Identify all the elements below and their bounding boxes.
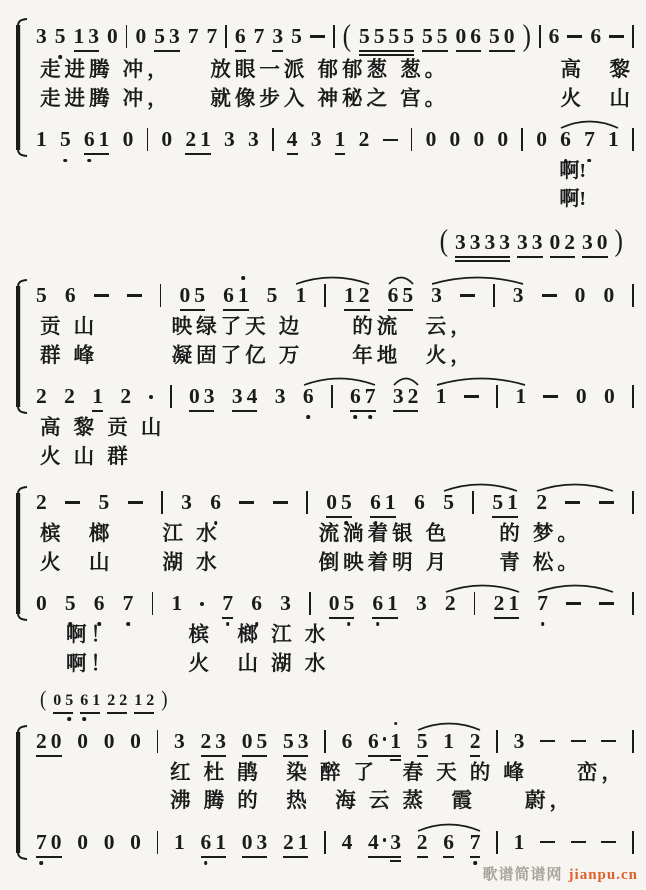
note-group: 6	[94, 591, 105, 616]
octave-dot-below	[368, 415, 372, 419]
underline	[180, 309, 206, 311]
barline	[309, 592, 311, 615]
note-group: 21	[494, 591, 520, 616]
note: 2	[359, 127, 370, 152]
note: 0	[426, 127, 437, 152]
note: 3	[390, 830, 401, 855]
note: 3	[174, 729, 185, 754]
note: 5	[403, 24, 414, 49]
note: 1	[295, 283, 306, 308]
lyric-text: 红 杜 鹃 染 醉 了 春 天 的 峰 峦，	[170, 761, 626, 787]
note-group: 61	[370, 490, 396, 515]
underline	[283, 856, 309, 858]
barline	[493, 284, 495, 307]
system: 5605615112653300贡 山 映绿了天 边 的流 云，群 峰 凝固了亿…	[10, 271, 636, 470]
note: 7	[254, 24, 265, 49]
note-group: 0	[107, 24, 118, 49]
note: 3	[181, 490, 192, 515]
barline	[632, 284, 634, 307]
exclaim-line: 啊!	[34, 159, 636, 184]
note: 6	[414, 490, 425, 515]
note-group: 0	[497, 127, 508, 152]
octave-dot-below	[541, 622, 545, 626]
lyric-text: 沸 腾 的 热 海 云 蒸 霞 蔚，	[170, 789, 574, 815]
underline	[422, 50, 448, 52]
underline	[242, 755, 268, 757]
lyric-line: 高 黎 贡 山	[40, 416, 634, 442]
duration-dash	[542, 294, 557, 296]
note-group: 7	[206, 24, 217, 49]
note: 1	[515, 384, 526, 409]
note: 3	[248, 127, 259, 152]
note-group: 6	[303, 384, 314, 409]
note: 5	[341, 490, 352, 515]
note: 3	[298, 729, 309, 754]
duration-dash	[601, 740, 616, 742]
octave-dot-below	[588, 159, 592, 163]
duration-dash	[127, 294, 142, 296]
lyric-text: 高 黎	[561, 58, 635, 84]
lyric-text: 火 山	[561, 87, 635, 113]
note: 5	[374, 24, 385, 49]
barline	[474, 592, 476, 615]
lyric-text: 高 黎 贡 山	[40, 416, 165, 442]
note: 3	[204, 384, 215, 409]
note-group: 30	[582, 230, 608, 255]
barline	[161, 491, 163, 514]
note: 0	[597, 230, 608, 255]
watermark-domain: jianpu.cn	[569, 867, 638, 883]
note-group: 0	[123, 127, 134, 152]
underline	[417, 755, 428, 757]
note: 3	[224, 127, 235, 152]
note-group: 1	[514, 830, 525, 855]
note: 4	[247, 384, 258, 409]
note: 5	[291, 24, 302, 49]
note: 1	[608, 127, 619, 152]
parenthesis: (	[440, 224, 448, 259]
note: 6	[470, 24, 481, 49]
note-group: 50	[489, 24, 515, 49]
barline	[272, 128, 274, 151]
note: 1	[74, 24, 85, 49]
octave-dot-below	[347, 622, 351, 626]
system-bracket	[12, 279, 32, 414]
octave-dot-above	[241, 276, 245, 280]
system: 35130053776735(5555550650)66走进腾 冲， 放眼一派 …	[10, 10, 636, 263]
note: 1	[171, 591, 182, 616]
barline	[496, 730, 498, 753]
slur-arc	[34, 270, 636, 286]
note-group: 5	[65, 591, 76, 616]
note-group: 0	[576, 384, 587, 409]
lyric-text: 贡 山 映绿了天 边 的流 云，	[40, 315, 475, 341]
octave-dot-below	[40, 861, 44, 865]
note-group: 61	[372, 591, 398, 616]
note: 1	[385, 490, 396, 515]
note: 0	[242, 830, 253, 855]
note: 4	[287, 127, 298, 152]
note: 0	[242, 729, 253, 754]
note-group: 1	[295, 283, 306, 308]
note-group: 6	[560, 127, 571, 152]
duration-dash	[383, 139, 398, 141]
note: 6	[235, 24, 246, 49]
barline	[152, 592, 154, 615]
parenthesis: )	[523, 19, 531, 54]
lyric-line: 啊！ 火 山 湖 水	[40, 652, 634, 678]
music-line: 05671763056132217	[34, 579, 636, 623]
barline	[521, 128, 523, 151]
system: 2536056165512槟 榔 江 水 流淌着银 色 的 梦。火 山 湖 水 …	[10, 478, 636, 677]
parenthesis: (	[343, 19, 351, 54]
underline	[36, 755, 62, 757]
underline	[36, 856, 62, 858]
octave-dot-below	[255, 622, 259, 626]
music-line: (3333330230)	[34, 215, 636, 263]
note: 1	[335, 127, 346, 152]
note: 3	[532, 230, 543, 255]
underline	[492, 516, 518, 518]
lyric-line: 槟 榔 江 水 流淌着银 色 的 梦。	[40, 522, 634, 548]
underline	[201, 755, 227, 757]
underline	[443, 856, 454, 858]
underline	[456, 50, 482, 52]
note-group: 02	[550, 230, 576, 255]
note-group: 51	[492, 490, 518, 515]
note: 1	[387, 591, 398, 616]
note: 3	[431, 283, 442, 308]
note: 6	[80, 692, 88, 710]
note: 0	[161, 127, 172, 152]
note-group: 32	[393, 384, 419, 409]
note-group: 6	[342, 729, 353, 754]
lyric-line: 走进腾 冲， 放眼一派 郁郁葱 葱。高 黎	[40, 58, 634, 84]
note: 1	[92, 692, 100, 710]
note: 3	[88, 24, 99, 49]
note: 3	[416, 591, 427, 616]
note-group: 1	[36, 127, 47, 152]
duration-dash	[566, 602, 581, 604]
note: 4	[342, 830, 353, 855]
note-group: 3	[431, 283, 442, 308]
note: 5	[65, 692, 73, 710]
note: 2	[146, 692, 154, 710]
underline	[74, 50, 100, 52]
underline	[359, 50, 414, 52]
note-group: 12	[134, 692, 154, 710]
underline	[393, 410, 419, 412]
note-group: 0	[130, 729, 141, 754]
underline	[344, 309, 370, 311]
note: 1	[344, 283, 355, 308]
octave-dot-below	[126, 622, 130, 626]
duration-dash	[128, 501, 143, 503]
note: 2	[494, 591, 505, 616]
music-line: 7000016103214432671	[34, 818, 636, 862]
underline	[489, 50, 515, 52]
lyric-text: 槟 榔 江 水 流淌着银 色 的 梦。	[40, 522, 582, 548]
note: 3	[169, 24, 180, 49]
barline	[126, 25, 128, 48]
note: 1	[390, 729, 401, 754]
lyric-line: 沸 腾 的 热 海 云 蒸 霞 蔚，	[40, 789, 634, 815]
note: 7	[537, 591, 548, 616]
note: 1	[238, 283, 249, 308]
note: 7	[365, 384, 376, 409]
note-group: 05	[329, 591, 355, 616]
barline	[160, 284, 162, 307]
underline	[272, 50, 283, 52]
note-group: 6	[235, 24, 246, 49]
underline	[470, 856, 481, 858]
augmentation-dot	[200, 602, 204, 606]
duration-dash	[540, 841, 555, 843]
parenthesis: )	[161, 687, 167, 713]
octave-dot-below	[354, 415, 358, 419]
underline	[417, 856, 428, 858]
note-group: 33	[517, 230, 543, 255]
note-group: 05	[53, 692, 73, 710]
duration-dash	[65, 501, 80, 503]
slur-arc	[34, 716, 636, 732]
note: 5	[154, 24, 165, 49]
note-group: 3	[248, 127, 259, 152]
octave-dot-below	[214, 521, 218, 525]
note: 5	[36, 283, 47, 308]
note: 3	[485, 230, 496, 255]
music-line: 35130053776735(5555550650)66	[34, 10, 636, 58]
lyric-line: 红 杜 鹃 染 醉 了 春 天 的 峰 峦，	[40, 761, 634, 787]
note-group: 22	[107, 692, 127, 710]
music-line: 5605615112653300	[34, 271, 636, 315]
note-group: 2	[359, 127, 370, 152]
barline	[632, 385, 634, 408]
lyric-text: 火 山 湖 水 倒映着明 月 青 松。	[40, 551, 582, 577]
note-group: 61	[368, 729, 401, 754]
note-group: 1	[443, 729, 454, 754]
note-group: 7	[222, 591, 233, 616]
note: 5	[402, 283, 413, 308]
note-group: 34	[232, 384, 258, 409]
note: 3	[470, 230, 481, 255]
note: 2	[36, 490, 47, 515]
note-group: 2	[417, 830, 428, 855]
note-group: 61	[223, 283, 249, 308]
note-group: 6	[549, 24, 560, 49]
note-group: 6	[65, 283, 76, 308]
note-group: 0	[104, 729, 115, 754]
note-group: 0	[130, 830, 141, 855]
note-group: 0	[36, 591, 47, 616]
underline	[92, 410, 103, 412]
note: 5	[267, 283, 278, 308]
note: 0	[550, 230, 561, 255]
note: 0	[77, 830, 88, 855]
note: 6	[342, 729, 353, 754]
note-group: 0	[77, 729, 88, 754]
note: 6	[368, 729, 379, 754]
note-group: 5	[443, 490, 454, 515]
underline	[368, 755, 401, 757]
note-group: 61	[201, 830, 227, 855]
duration-dash	[571, 841, 586, 843]
note: 3	[517, 230, 528, 255]
note: 3	[393, 384, 404, 409]
barline	[306, 491, 308, 514]
octave-dot-below	[226, 622, 230, 626]
note: 0	[576, 384, 587, 409]
underline	[222, 617, 233, 619]
dot	[383, 838, 387, 842]
lyric-line: 火 山 群	[40, 445, 634, 471]
lyric-text: 群 峰 凝固了亿 万 年地 火，	[40, 344, 475, 370]
note: 2	[120, 384, 131, 409]
underline	[455, 260, 510, 262]
note-group: 7	[537, 591, 548, 616]
note-group: 5	[267, 283, 278, 308]
note: 6	[590, 24, 601, 49]
note-group: 3	[513, 283, 524, 308]
note: 7	[188, 24, 199, 49]
note-group: 1	[335, 127, 346, 152]
note: 5	[65, 591, 76, 616]
note-group: 4	[342, 830, 353, 855]
note: 0	[36, 591, 47, 616]
octave-dot-below	[345, 521, 349, 525]
note: 6	[372, 591, 383, 616]
barline	[472, 491, 474, 514]
note: 3	[272, 24, 283, 49]
underline	[359, 54, 414, 56]
lyric-line: 贡 山 映绿了天 边 的流 云，	[40, 315, 634, 341]
slur-arc	[34, 817, 636, 833]
note: 2	[64, 384, 75, 409]
system: (05612212)2000032305536615123红 杜 鹃 染 醉 了…	[10, 685, 636, 861]
note: 0	[104, 830, 115, 855]
underline	[550, 256, 576, 258]
barline	[632, 491, 634, 514]
barline	[170, 385, 172, 408]
underline	[84, 153, 110, 155]
underline	[517, 256, 543, 258]
barline	[632, 592, 634, 615]
octave-dot-below	[376, 622, 380, 626]
duration-dash	[571, 740, 586, 742]
barline	[324, 831, 326, 854]
note: 0	[329, 591, 340, 616]
barline	[632, 128, 634, 151]
note-group: 61	[84, 127, 110, 152]
underline	[582, 256, 608, 258]
octave-dot-above	[394, 722, 398, 726]
note-group: 53	[154, 24, 180, 49]
underline	[326, 516, 352, 518]
note: 1	[92, 384, 103, 409]
note-group: 3333	[455, 230, 510, 255]
lyric-text: 啊！ 火 山 湖 水	[66, 652, 329, 678]
underline	[154, 50, 180, 52]
extra-underline	[390, 759, 401, 761]
note: 1	[507, 490, 518, 515]
lyric-text: 走进腾 冲， 放眼一派 郁郁葱 葱。	[40, 58, 449, 84]
note-group: 1	[171, 591, 182, 616]
note: 5	[417, 729, 428, 754]
note: 7	[584, 127, 595, 152]
note-group: 3	[514, 729, 525, 754]
note: 0	[130, 830, 141, 855]
note-group: 2	[445, 591, 456, 616]
exclaim-text: 啊!	[559, 160, 586, 182]
underline	[185, 153, 211, 155]
note: 0	[497, 127, 508, 152]
note-group: 12	[344, 283, 370, 308]
system-bracket	[12, 725, 32, 860]
barline	[539, 25, 541, 48]
underline	[368, 856, 401, 858]
note-group: 21	[283, 830, 309, 855]
note: 2	[185, 127, 196, 152]
note-group: 0	[604, 384, 615, 409]
music-line: 221203343667321100	[34, 372, 636, 416]
music-line: (05612212)	[34, 685, 636, 717]
note: 2	[119, 692, 127, 710]
note: 0	[180, 283, 191, 308]
watermark: 歌谱简谱网jianpu.cn	[483, 863, 638, 884]
note: 0	[135, 24, 146, 49]
note: 5	[443, 490, 454, 515]
note-group: 13	[74, 24, 100, 49]
octave-dot-below	[306, 415, 310, 419]
note: 3	[275, 384, 286, 409]
lyric-line: 群 峰 凝固了亿 万 年地 火，	[40, 344, 634, 370]
note-group: 0	[536, 127, 547, 152]
note: 6	[251, 591, 262, 616]
note-group: 7	[123, 591, 134, 616]
note: 0	[77, 729, 88, 754]
score: 35130053776735(5555550650)66走进腾 冲， 放眼一派 …	[0, 0, 646, 862]
note: 1	[99, 127, 110, 152]
note-group: 0	[575, 283, 586, 308]
underline	[201, 856, 227, 858]
note: 5	[437, 24, 448, 49]
note: 3	[513, 283, 524, 308]
underline	[372, 617, 398, 619]
underline	[232, 410, 258, 412]
note: 1	[134, 692, 142, 710]
note: 3	[514, 729, 525, 754]
note-group: 6	[210, 490, 221, 515]
note-group: 0	[450, 127, 461, 152]
note-group: 7	[584, 127, 595, 152]
note: 6	[223, 283, 234, 308]
system-bracket	[12, 18, 32, 157]
note-group: 03	[189, 384, 215, 409]
barline	[157, 730, 159, 753]
note: 6	[303, 384, 314, 409]
note-group: 7	[254, 24, 265, 49]
duration-dash	[601, 841, 616, 843]
note-group: 2	[64, 384, 75, 409]
note-group: 5	[60, 127, 71, 152]
barline	[147, 128, 149, 151]
underline	[283, 755, 309, 757]
barline	[411, 128, 413, 151]
note: 5	[194, 283, 205, 308]
note: 0	[603, 283, 614, 308]
exclaim-text: 啊!	[559, 188, 586, 210]
barline	[157, 831, 159, 854]
